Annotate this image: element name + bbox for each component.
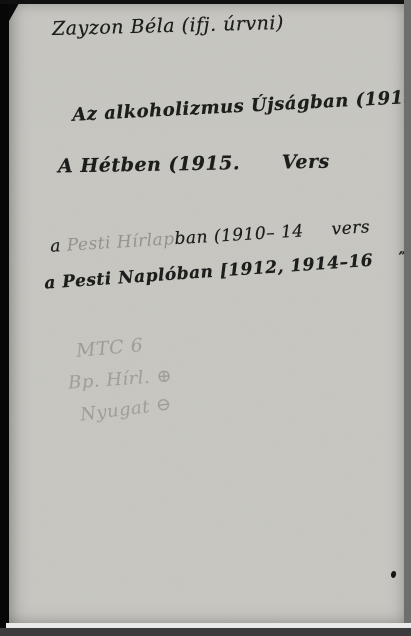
pencil-line-bp-hirl: Bp. Hírl. ⊕ <box>67 365 172 393</box>
entry-pesti-naplo-text: a Pesti Naplóban [1912, 1914–16 <box>44 251 374 294</box>
pencil-line-bp-hirl-text: Bp. Hírl. ⊕ <box>67 365 172 393</box>
entry-alkoholizmus-text: Az alkoholizmus Újságban (1913, <box>72 86 411 125</box>
pencil-line-nyugat: Nyugat ⊖ <box>79 393 173 425</box>
scan-border-bottom <box>0 628 411 636</box>
entry-a-het-note: Vers <box>282 151 330 174</box>
entry-pesti-hirlap: a Pesti Hírlapban (1910– 14vers <box>50 217 371 257</box>
author-name-line: Zayzon Béla (ifj. úrvni) <box>52 12 284 40</box>
entry-alkoholizmus: Az alkoholizmus Újságban (1913,14 <box>72 83 411 125</box>
scan-border-left <box>0 0 9 636</box>
entry-pesti-hirlap-note: vers <box>331 217 371 239</box>
entry-pesti-hirlap-journal: Pesti Hírlap <box>66 229 175 256</box>
scanned-page: Zayzon Béla (ifj. úrvni) Az alkoholizmus… <box>0 0 411 636</box>
scan-border-top <box>0 0 411 4</box>
pencil-line-mtc-text: MTC 6 <box>75 334 144 362</box>
entry-a-het-text: A Hétben (1915. <box>58 152 240 177</box>
pencil-line-mtc: MTC 6 <box>75 334 144 362</box>
author-name-text: Zayzon Béla (ifj. úrvni) <box>52 12 284 40</box>
entry-pesti-hirlap-suffix: ban (1910– 14 <box>174 221 304 249</box>
entry-a-het: A Hétben (1915.Vers <box>58 151 330 178</box>
entry-pesti-hirlap-prefix: a <box>50 236 68 257</box>
scan-border-right <box>404 0 411 636</box>
paper-sheet: Zayzon Béla (ifj. úrvni) Az alkoholizmus… <box>8 3 405 624</box>
entry-pesti-naplo: a Pesti Naplóban [1912, 1914–16″ <box>44 248 408 293</box>
ink-blot <box>390 571 396 579</box>
pencil-line-nyugat-text: Nyugat ⊖ <box>79 393 173 425</box>
